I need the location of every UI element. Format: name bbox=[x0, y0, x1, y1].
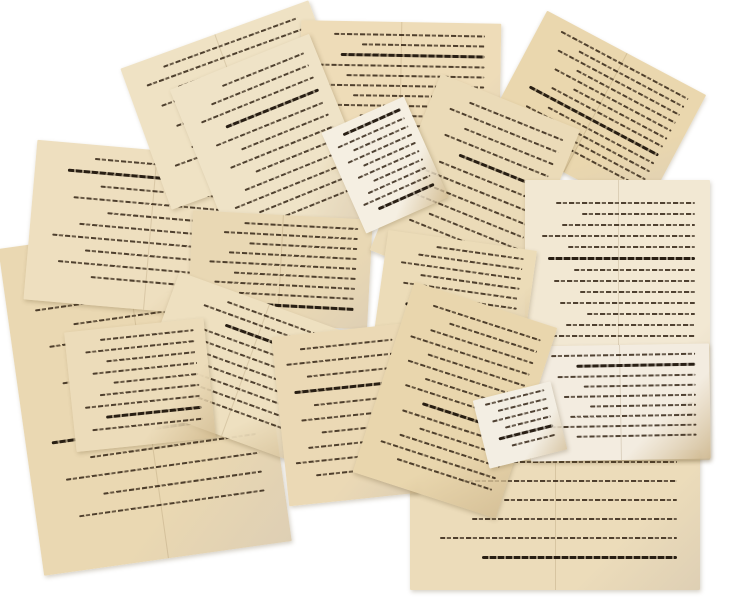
script-line bbox=[318, 64, 484, 69]
script-line bbox=[580, 291, 695, 293]
script-line bbox=[482, 556, 677, 559]
script-line bbox=[92, 362, 197, 375]
script-line bbox=[92, 418, 203, 432]
script-line bbox=[548, 257, 695, 260]
script-line bbox=[504, 499, 677, 501]
script-line bbox=[229, 251, 357, 260]
script-line bbox=[340, 53, 484, 59]
script-line bbox=[224, 231, 358, 240]
script-line bbox=[576, 434, 696, 438]
manuscript-photo bbox=[0, 0, 750, 609]
script-line bbox=[287, 353, 394, 366]
script-line bbox=[440, 537, 677, 539]
script-line bbox=[566, 324, 695, 326]
script-line bbox=[583, 384, 695, 388]
script-line bbox=[104, 471, 262, 495]
script-line bbox=[574, 269, 695, 271]
script-line bbox=[114, 373, 199, 384]
script-line bbox=[587, 313, 696, 315]
script-line bbox=[557, 49, 680, 116]
script-line bbox=[307, 366, 396, 377]
script-line bbox=[209, 260, 356, 270]
script-line bbox=[562, 224, 695, 226]
script-line bbox=[249, 242, 357, 250]
script-line bbox=[99, 384, 199, 396]
script-line bbox=[564, 394, 696, 398]
script-line bbox=[85, 340, 194, 353]
script-line bbox=[582, 213, 695, 215]
script-line bbox=[550, 424, 696, 429]
script-line bbox=[577, 363, 696, 368]
script-line bbox=[234, 272, 356, 280]
handwritten-text-block bbox=[482, 389, 557, 458]
script-line bbox=[334, 33, 485, 38]
script-line bbox=[494, 461, 677, 463]
script-line bbox=[573, 88, 668, 140]
handwritten-text-block bbox=[76, 329, 204, 441]
script-line bbox=[590, 404, 696, 408]
script-line bbox=[560, 302, 695, 304]
script-line bbox=[100, 329, 194, 341]
script-line bbox=[347, 74, 485, 78]
script-line bbox=[557, 374, 695, 378]
script-line bbox=[556, 202, 696, 204]
script-line bbox=[546, 335, 695, 337]
script-line bbox=[542, 235, 695, 237]
script-line bbox=[554, 280, 695, 282]
script-line bbox=[472, 518, 677, 520]
script-line bbox=[401, 261, 521, 280]
script-line bbox=[362, 43, 485, 47]
script-line bbox=[560, 30, 688, 100]
script-line bbox=[244, 222, 358, 230]
script-line bbox=[106, 406, 201, 419]
handwritten-text-block bbox=[543, 353, 697, 447]
script-line bbox=[107, 351, 196, 362]
script-line bbox=[299, 339, 392, 351]
script-line bbox=[570, 414, 696, 418]
script-line bbox=[568, 246, 695, 248]
script-line bbox=[551, 353, 695, 358]
manuscript-sheet-middle-left-overlay bbox=[64, 318, 216, 452]
script-line bbox=[214, 281, 355, 290]
